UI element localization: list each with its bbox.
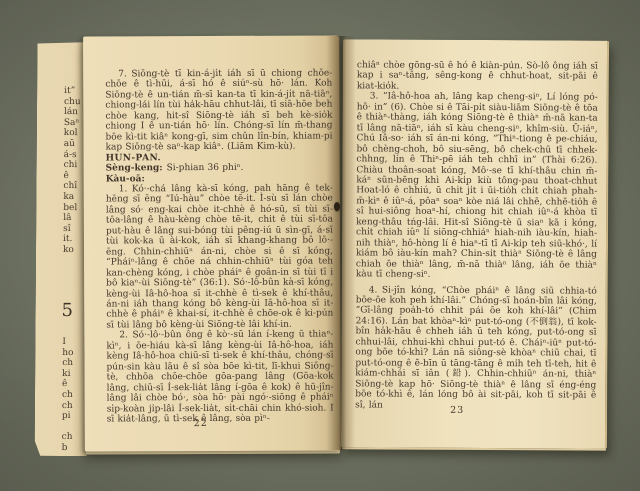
left-page-text: 7. Siōng-tè tī kin-á-ji̍t iáh sī ū chion… [83, 35, 341, 425]
right-page-number: 23 [325, 404, 589, 416]
previous-page-section-number: 5 [61, 300, 73, 321]
paragraph-1: 1. Kó·-chá lâng kà-sī kóng, pah hāng ê t… [106, 183, 334, 330]
paragraph-continuation: chiâⁿ chòe gōng-sū ê hó ê kiàn-pún. Sò-l… [357, 60, 598, 93]
paragraph-3: 3. “Iâ-hô-hoa ah, lâng kap cheng-siⁿ, Lí… [356, 92, 598, 281]
binding-staple-hole [334, 202, 340, 211]
left-page: 7. Siōng-tè tī kin-á-ji̍t iáh sī ū chion… [83, 35, 341, 451]
scripture-label: Sèng-keng: [106, 163, 163, 173]
paragraph-4: 4. Si-jîn kóng, “Chòe pháiⁿ ê lâng siū c… [355, 285, 597, 412]
right-page-text: chiâⁿ chòe gōng-sū ê hó ê kiàn-pún. Sò-l… [341, 39, 607, 411]
lesson-label: Kàu-oā: [106, 174, 145, 184]
paragraph-7: 7. Siōng-tè tī kin-á-ji̍t iáh sī ū chion… [105, 68, 332, 153]
scripture-reference: Si-phian 36 phiⁿ. [167, 163, 244, 173]
paragraph-2: 2. Só·-lô·-bûn ông ê kò·-sū lán í-keng ū… [106, 330, 333, 425]
book-photo-scene: it” chu lán Saⁿ kol aū á-s chi ê chî ka … [0, 0, 640, 491]
left-page-number: 22 [73, 417, 329, 429]
right-page: chiâⁿ chòe gōng-sū ê hó ê kiàn-pún. Sò-l… [341, 39, 609, 448]
previous-page-edge: it” chu lán Saⁿ kol aū á-s chi ê chî ka … [35, 42, 90, 456]
